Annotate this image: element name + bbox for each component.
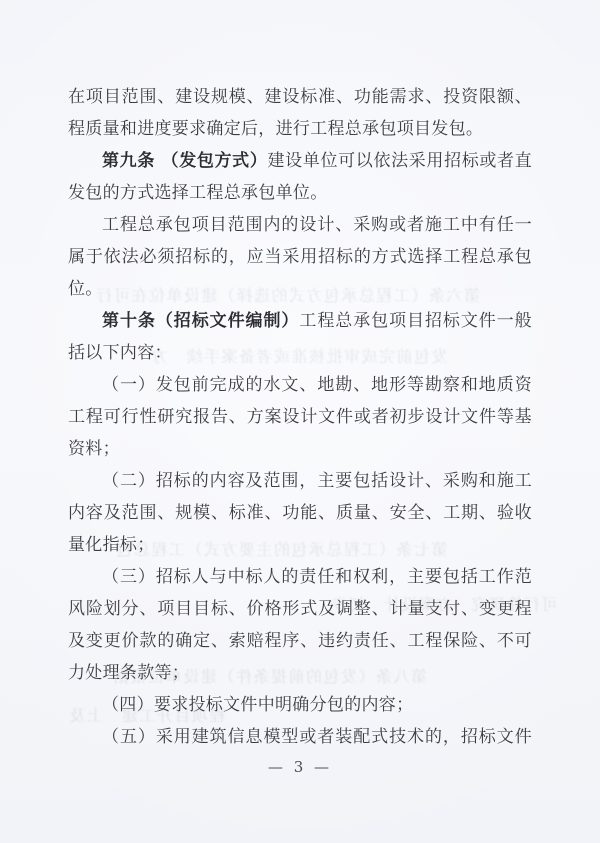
text-line: 风险划分、项目目标、价格形式及调整、计量支付、变更程序 <box>68 593 532 625</box>
text-line: 程质量和进度要求确定后，进行工程总承包项目发包。 <box>68 113 532 145</box>
text-line: 内容及范围、规模、标准、功能、质量、安全、工期、验收等 <box>68 497 532 529</box>
text-line: 量化指标； <box>68 529 532 561</box>
text-line: 及变更价款的确定、索赔程序、违约责任、工程保险、不可抗 <box>68 625 532 657</box>
text-line: 工程可行性研究报告、方案设计文件或者初步设计文件等基础 <box>68 401 532 433</box>
text-line: （五）采用建筑信息模型或者装配式技术的，招标文件中 <box>68 721 532 753</box>
page-number: — 3 — <box>0 758 600 776</box>
text-line: （四）要求投标文件中明确分包的内容； <box>68 689 532 721</box>
article-heading: 第九条 （发包方式） <box>102 151 268 171</box>
text-line: 第九条 （发包方式）建设单位可以依法采用招标或者直接 <box>68 145 532 177</box>
text-line: 力处理条款等； <box>68 657 532 689</box>
text-line: 在项目范围、建设规模、建设标准、功能需求、投资限额、工 <box>68 81 532 113</box>
text-line: 工程总承包项目范围内的设计、采购或者施工中有任一项 <box>68 209 532 241</box>
document-body: 在项目范围、建设规模、建设标准、功能需求、投资限额、工程质量和进度要求确定后，进… <box>68 81 532 753</box>
text-line: 第十条（招标文件编制）工程总承包项目招标文件一般包 <box>68 305 532 337</box>
text-line: （二）招标的内容及范围，主要包括设计、采购和施工的 <box>68 465 532 497</box>
article-heading: 第十条（招标文件编制） <box>102 311 299 331</box>
text-line: 属于依法必须招标的，应当采用招标的方式选择工程总承包单 <box>68 241 532 273</box>
text-line: 资料； <box>68 433 532 465</box>
text-line: （一）发包前完成的水文、地勘、地形等勘察和地质资料， <box>68 369 532 401</box>
text-line: 位。 <box>68 273 532 305</box>
document-page: 在项目范围、建设规模、建设标准、功能需求、投资限额、工程质量和进度要求确定后，进… <box>0 0 600 843</box>
text-line: 发包的方式选择工程总承包单位。 <box>68 177 532 209</box>
text-line: （三）招标人与中标人的责任和权利，主要包括工作范围、 <box>68 561 532 593</box>
text-line: 括以下内容： <box>68 337 532 369</box>
